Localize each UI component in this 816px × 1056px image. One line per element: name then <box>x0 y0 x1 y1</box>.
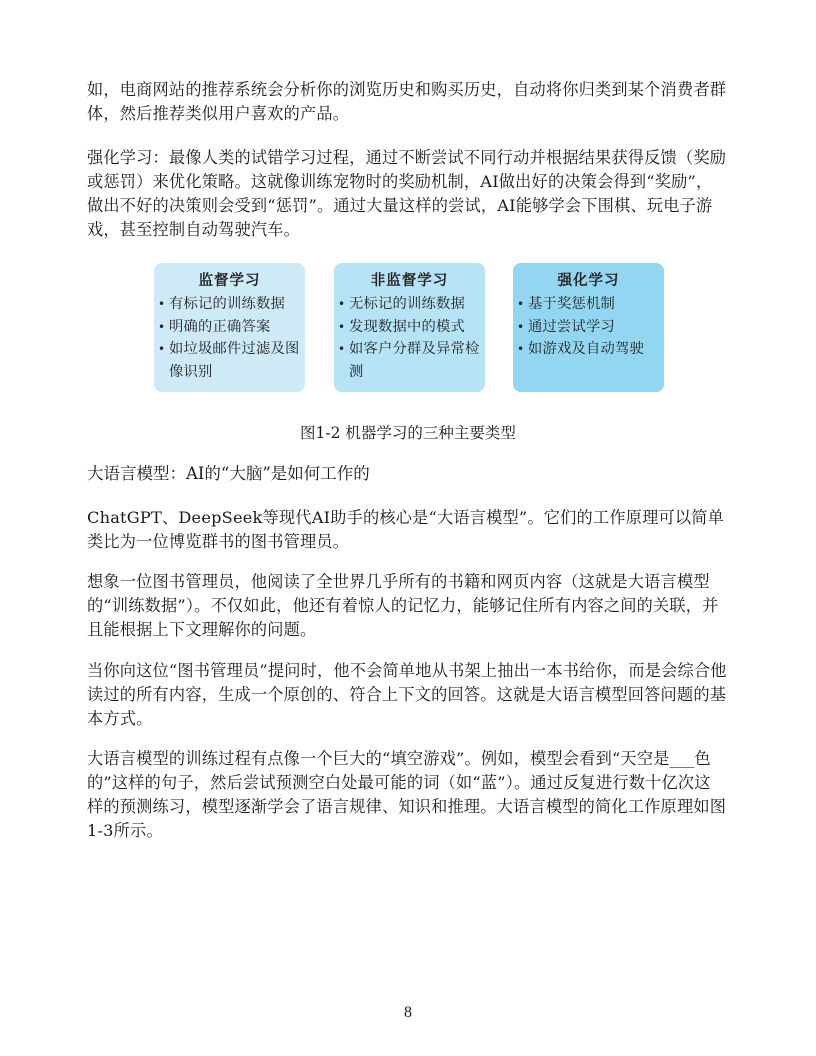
supervised-learning-box: 监督学习 有标记的训练数据 明确的正确答案 如垃圾邮件过滤及图像识别 <box>154 263 305 392</box>
box-title: 非监督学习 <box>338 270 485 292</box>
unsupervised-learning-box: 非监督学习 无标记的训练数据 发现数据中的模式 如客户分群及异常检测 <box>334 263 485 392</box>
list-item: 如垃圾邮件过滤及图像识别 <box>158 338 305 383</box>
reinforcement-learning-box: 强化学习 基于奖惩机制 通过尝试学习 如游戏及自动驾驶 <box>513 263 664 392</box>
box-list: 基于奖惩机制 通过尝试学习 如游戏及自动驾驶 <box>517 293 664 361</box>
box-title: 强化学习 <box>517 270 664 292</box>
list-item: 明确的正确答案 <box>158 316 305 339</box>
paragraph-librarian-analogy: 想象一位图书管理员，他阅读了全世界几乎所有的书籍和网页内容（这就是大语言模型的“… <box>87 570 727 642</box>
paragraph-recommendation-example: 如，电商网站的推荐系统会分析你的浏览历史和购买历史，自动将你归类到某个消费者群体… <box>87 78 727 126</box>
list-item: 有标记的训练数据 <box>158 293 305 316</box>
document-page: 如，电商网站的推荐系统会分析你的浏览历史和购买历史，自动将你归类到某个消费者群体… <box>0 0 816 1056</box>
paragraph-answer-generation: 当你向这位“图书管理员”提问时，他不会简单地从书架上抽出一本书给你，而是会综合他… <box>87 659 727 731</box>
box-title: 监督学习 <box>158 270 305 292</box>
list-item: 无标记的训练数据 <box>338 293 485 316</box>
list-item: 基于奖惩机制 <box>517 293 664 316</box>
paragraph-training-process: 大语言模型的训练过程有点像一个巨大的“填空游戏”。例如，模型会看到“天空是___… <box>87 747 727 843</box>
list-item: 如游戏及自动驾驶 <box>517 338 664 361</box>
list-item: 发现数据中的模式 <box>338 316 485 339</box>
box-list: 有标记的训练数据 明确的正确答案 如垃圾邮件过滤及图像识别 <box>158 293 305 383</box>
figure-caption: 图1-2 机器学习的三种主要类型 <box>0 422 816 444</box>
list-item: 通过尝试学习 <box>517 316 664 339</box>
paragraph-reinforcement-learning: 强化学习：最像人类的试错学习过程，通过不断尝试不同行动并根据结果获得反馈（奖励或… <box>87 146 727 242</box>
ml-types-figure: 监督学习 有标记的训练数据 明确的正确答案 如垃圾邮件过滤及图像识别 非监督学习… <box>154 263 664 392</box>
box-list: 无标记的训练数据 发现数据中的模式 如客户分群及异常检测 <box>338 293 485 383</box>
list-item: 如客户分群及异常检测 <box>338 338 485 383</box>
page-number: 8 <box>0 1004 816 1022</box>
paragraph-llm-intro: ChatGPT、DeepSeek等现代AI助手的核心是“大语言模型”。它们的工作… <box>87 506 727 554</box>
section-heading: 大语言模型：AI的“大脑”是如何工作的 <box>87 462 727 486</box>
